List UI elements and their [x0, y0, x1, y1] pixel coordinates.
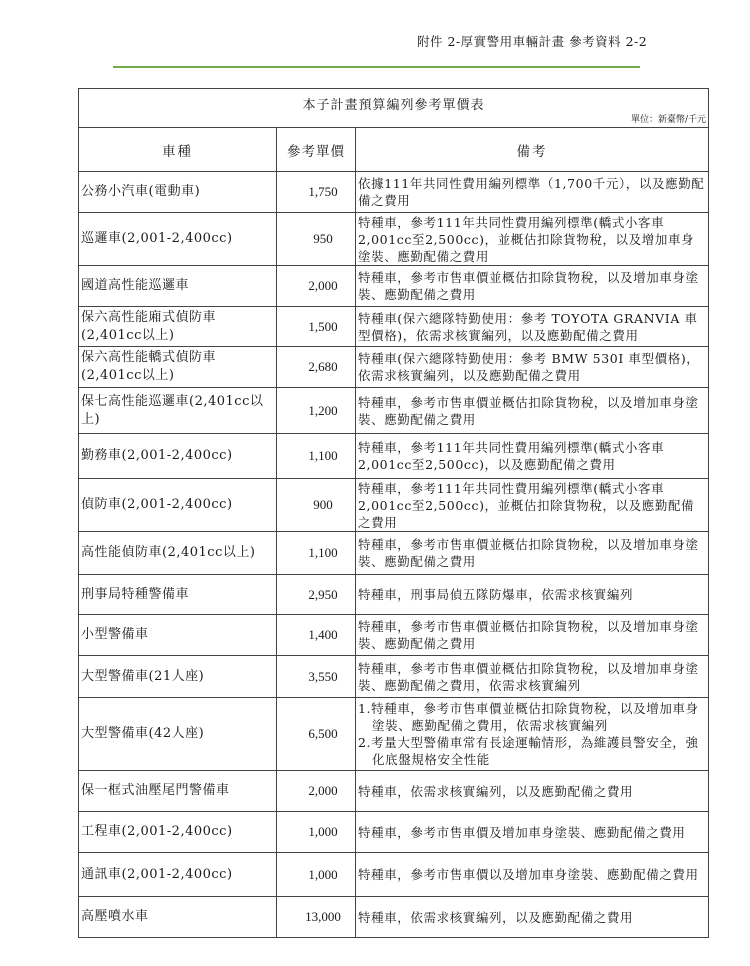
remarks-cell: 依據111年共同性費用編列標準（1,700千元），以及應勤配備之費用	[356, 172, 709, 213]
vehicle-type-cell: 保六高性能轎式偵防車(2,401cc以上)	[79, 347, 277, 388]
remarks-cell: 特種車(保六總隊特勤使用：參考 TOYOTA GRANVIA 車型價格)，依需求…	[356, 307, 709, 347]
table-title: 本子計畫預算編列參考單價表	[79, 94, 708, 113]
reference-price-cell: 1,200	[277, 388, 356, 434]
remarks-cell: 特種車，參考111年共同性費用編列標準(轎式小客車2,001cc至2,500cc…	[356, 479, 709, 532]
reference-price-cell: 3,550	[277, 656, 356, 698]
vehicle-type-cell: 公務小汽車(電動車)	[79, 172, 277, 213]
table-row: 保一框式油壓尾門警備車2,000特種車，依需求核實編列，以及應勤配備之費用	[79, 771, 709, 812]
remarks-cell: 特種車，參考市售車價並概估扣除貨物稅，以及增加車身塗裝、應勤配備之費用	[356, 615, 709, 656]
vehicle-type-cell: 保六高性能廂式偵防車(2,401cc以上)	[79, 307, 277, 347]
reference-price-cell: 1,400	[277, 615, 356, 656]
remarks-cell: 特種車，依需求核實編列，以及應勤配備之費用	[356, 897, 709, 938]
reference-price-cell: 1,500	[277, 307, 356, 347]
vehicle-type-cell: 巡邏車(2,001-2,400cc)	[79, 213, 277, 266]
table-row: 小型警備車1,400特種車，參考市售車價並概估扣除貨物稅，以及增加車身塗裝、應勤…	[79, 615, 709, 656]
vehicle-type-cell: 通訊車(2,001-2,400cc)	[79, 853, 277, 897]
table-row: 高性能偵防車(2,401cc以上)1,100特種車，參考市售車價並概估扣除貨物稅…	[79, 532, 709, 575]
table-row: 國道高性能巡邏車2,000特種車，參考市售車價並概估扣除貨物稅，以及增加車身塗裝…	[79, 266, 709, 307]
remarks-cell: 特種車，參考市售車價並概估扣除貨物稅，以及增加車身塗裝、應勤配備之費用，依需求核…	[356, 656, 709, 698]
vehicle-type-cell: 保七高性能巡邏車(2,401cc以上)	[79, 388, 277, 434]
reference-price-cell: 2,000	[277, 771, 356, 812]
table-row: 通訊車(2,001-2,400cc)1,000特種車，參考市售車價以及增加車身塗…	[79, 853, 709, 897]
vehicle-type-cell: 大型警備車(21人座)	[79, 656, 277, 698]
table-row: 勤務車(2,001-2,400cc)1,100特種車，參考111年共同性費用編列…	[79, 434, 709, 479]
reference-price-cell: 950	[277, 213, 356, 266]
table-row: 刑事局特種警備車2,950特種車，刑事局偵五隊防爆車，依需求核實編列	[79, 575, 709, 615]
table-row: 高壓噴水車13,000特種車，依需求核實編列，以及應勤配備之費用	[79, 897, 709, 938]
remarks-list-item: 2.考量大型警備車常有長途運輸情形，為維護員警安全，強化底盤規格安全性能	[358, 734, 706, 768]
remarks-cell: 特種車，參考111年共同性費用編列標準(轎式小客車2,001cc至2,500cc…	[356, 434, 709, 479]
header-divider	[113, 66, 640, 68]
reference-price-cell: 900	[277, 479, 356, 532]
reference-price-cell: 6,500	[277, 698, 356, 771]
unit-price-table-container: 本子計畫預算編列參考單價表 單位：新臺幣/千元 車種 參考單價 備考 公務小汽車…	[78, 88, 708, 938]
document-reference-header: 附件 2-厚實警用車輛計畫 參考資料 2-2	[417, 32, 647, 50]
table-row: 保七高性能巡邏車(2,401cc以上)1,200特種車，參考市售車價並概估扣除貨…	[79, 388, 709, 434]
vehicle-type-cell: 高性能偵防車(2,401cc以上)	[79, 532, 277, 575]
vehicle-type-cell: 保一框式油壓尾門警備車	[79, 771, 277, 812]
table-row: 工程車(2,001-2,400cc)1,000特種車，參考市售車價及增加車身塗裝…	[79, 812, 709, 853]
table-body: 公務小汽車(電動車)1,750依據111年共同性費用編列標準（1,700千元），…	[79, 172, 709, 938]
remarks-cell: 特種車，刑事局偵五隊防爆車，依需求核實編列	[356, 575, 709, 615]
reference-price-cell: 13,000	[277, 897, 356, 938]
reference-price-cell: 2,680	[277, 347, 356, 388]
table-title-row: 本子計畫預算編列參考單價表 單位：新臺幣/千元	[79, 89, 709, 128]
table-row: 保六高性能轎式偵防車(2,401cc以上)2,680特種車(保六總隊特勤使用：參…	[79, 347, 709, 388]
remarks-cell: 特種車，參考市售車價以及增加車身塗裝、應勤配備之費用	[356, 853, 709, 897]
remarks-cell: 特種車(保六總隊特勤使用：參考 BMW 530I 車型價格)，依需求核實編列，以…	[356, 347, 709, 388]
vehicle-type-cell: 高壓噴水車	[79, 897, 277, 938]
remarks-cell: 特種車，參考市售車價並概估扣除貨物稅，以及增加車身塗裝、應勤配備之費用	[356, 532, 709, 575]
remarks-cell: 特種車，依需求核實編列，以及應勤配備之費用	[356, 771, 709, 812]
remarks-cell: 特種車，參考市售車價並概估扣除貨物稅，以及增加車身塗裝、應勤配備之費用	[356, 266, 709, 307]
vehicle-type-cell: 勤務車(2,001-2,400cc)	[79, 434, 277, 479]
table-header-row: 車種 參考單價 備考	[79, 128, 709, 172]
table-row: 巡邏車(2,001-2,400cc)950特種車，參考111年共同性費用編列標準…	[79, 213, 709, 266]
unit-label: 單位：新臺幣/千元	[631, 112, 706, 125]
reference-price-cell: 1,000	[277, 853, 356, 897]
remarks-cell: 特種車，參考市售車價及增加車身塗裝、應勤配備之費用	[356, 812, 709, 853]
vehicle-type-cell: 工程車(2,001-2,400cc)	[79, 812, 277, 853]
reference-price-cell: 2,000	[277, 266, 356, 307]
vehicle-type-cell: 刑事局特種警備車	[79, 575, 277, 615]
table-row: 偵防車(2,001-2,400cc)900特種車，參考111年共同性費用編列標準…	[79, 479, 709, 532]
reference-price-cell: 1,100	[277, 434, 356, 479]
vehicle-type-cell: 國道高性能巡邏車	[79, 266, 277, 307]
vehicle-type-cell: 大型警備車(42人座)	[79, 698, 277, 771]
table-row: 公務小汽車(電動車)1,750依據111年共同性費用編列標準（1,700千元），…	[79, 172, 709, 213]
vehicle-type-cell: 小型警備車	[79, 615, 277, 656]
table-row: 大型警備車(21人座)3,550特種車，參考市售車價並概估扣除貨物稅，以及增加車…	[79, 656, 709, 698]
column-header-vehicle-type: 車種	[79, 128, 277, 172]
column-header-remarks: 備考	[356, 128, 709, 172]
column-header-reference-price: 參考單價	[277, 128, 356, 172]
remarks-cell: 特種車，參考市售車價並概估扣除貨物稅，以及增加車身塗裝、應勤配備之費用	[356, 388, 709, 434]
vehicle-type-cell: 偵防車(2,001-2,400cc)	[79, 479, 277, 532]
remarks-list-item: 1.特種車，參考市售車價並概估扣除貨物稅，以及增加車身塗裝、應勤配備之費用，依需…	[358, 700, 706, 734]
reference-price-cell: 2,950	[277, 575, 356, 615]
unit-price-table: 本子計畫預算編列參考單價表 單位：新臺幣/千元 車種 參考單價 備考 公務小汽車…	[78, 88, 709, 938]
remarks-cell: 1.特種車，參考市售車價並概估扣除貨物稅，以及增加車身塗裝、應勤配備之費用，依需…	[356, 698, 709, 771]
reference-price-cell: 1,100	[277, 532, 356, 575]
reference-price-cell: 1,750	[277, 172, 356, 213]
remarks-cell: 特種車，參考111年共同性費用編列標準(轎式小客車2,001cc至2,500cc…	[356, 213, 709, 266]
reference-price-cell: 1,000	[277, 812, 356, 853]
table-row: 大型警備車(42人座)6,5001.特種車，參考市售車價並概估扣除貨物稅，以及增…	[79, 698, 709, 771]
table-row: 保六高性能廂式偵防車(2,401cc以上)1,500特種車(保六總隊特勤使用：參…	[79, 307, 709, 347]
table-title-cell: 本子計畫預算編列參考單價表 單位：新臺幣/千元	[79, 89, 709, 128]
